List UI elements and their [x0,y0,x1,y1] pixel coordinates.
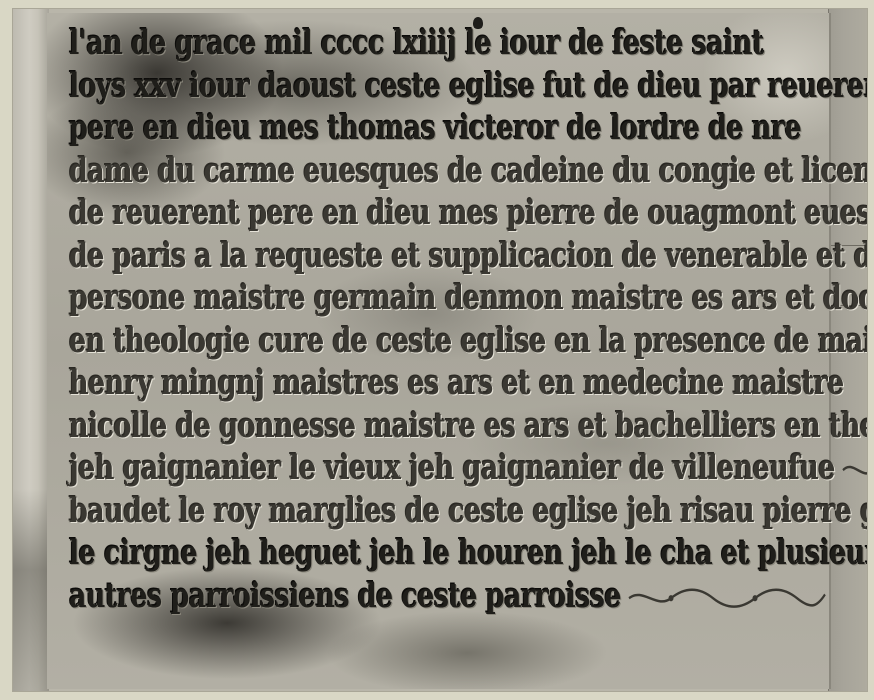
inscription-line-text: autres parroissiens de ceste parroisse [69,576,621,615]
inscription-line-text: nicolle de gonnesse maistre es ars et ba… [69,406,868,445]
inscription-line: autres parroissiens de ceste parroisse [69,570,829,623]
flourish-ornament-icon [627,586,827,609]
inscription-line-text: pere en dieu mes thomas victeror de lord… [69,109,801,148]
inscription-line-text: le cirgne jeh heguet jeh le houren jeh l… [69,534,868,573]
inscription-line-text: henry mingnj maistres es ars et en medec… [69,364,844,403]
inscription-line-text: dame du carme euesques de cadeine du con… [69,151,868,190]
flourish-ornament-icon [841,458,868,481]
inscription-line-text: persone maistre germain denmon maistre e… [69,279,868,318]
stone-plaque: l'an de grace mil cccc lxiiij le iour de… [47,13,831,689]
photo-mount: l'an de grace mil cccc lxiiij le iour de… [0,0,874,700]
inscription-line-text: l'an de grace mil cccc lxiiij le iour de… [69,24,764,63]
inscription-line-text: baudet le roy marglies de ceste eglise j… [69,491,868,530]
inscription-text: l'an de grace mil cccc lxiiij le iour de… [69,23,829,618]
inscription-line-text: de paris a la requeste et supplicacion d… [69,236,868,275]
inscription-line-text: en theologie cure de ceste eglise en la … [69,321,868,360]
wall-shadow [13,489,49,691]
inscription-line-text: jeh gaignanier le vieux jeh gaignanier d… [69,449,835,488]
inscription-line-text: de reuerent pere en dieu mes pierre de o… [69,194,868,233]
photograph: l'an de grace mil cccc lxiiij le iour de… [12,8,868,692]
wall-left-edge [13,9,49,691]
inscription-line-text: loys xxv iour daoust ceste eglise fut de… [69,66,868,105]
